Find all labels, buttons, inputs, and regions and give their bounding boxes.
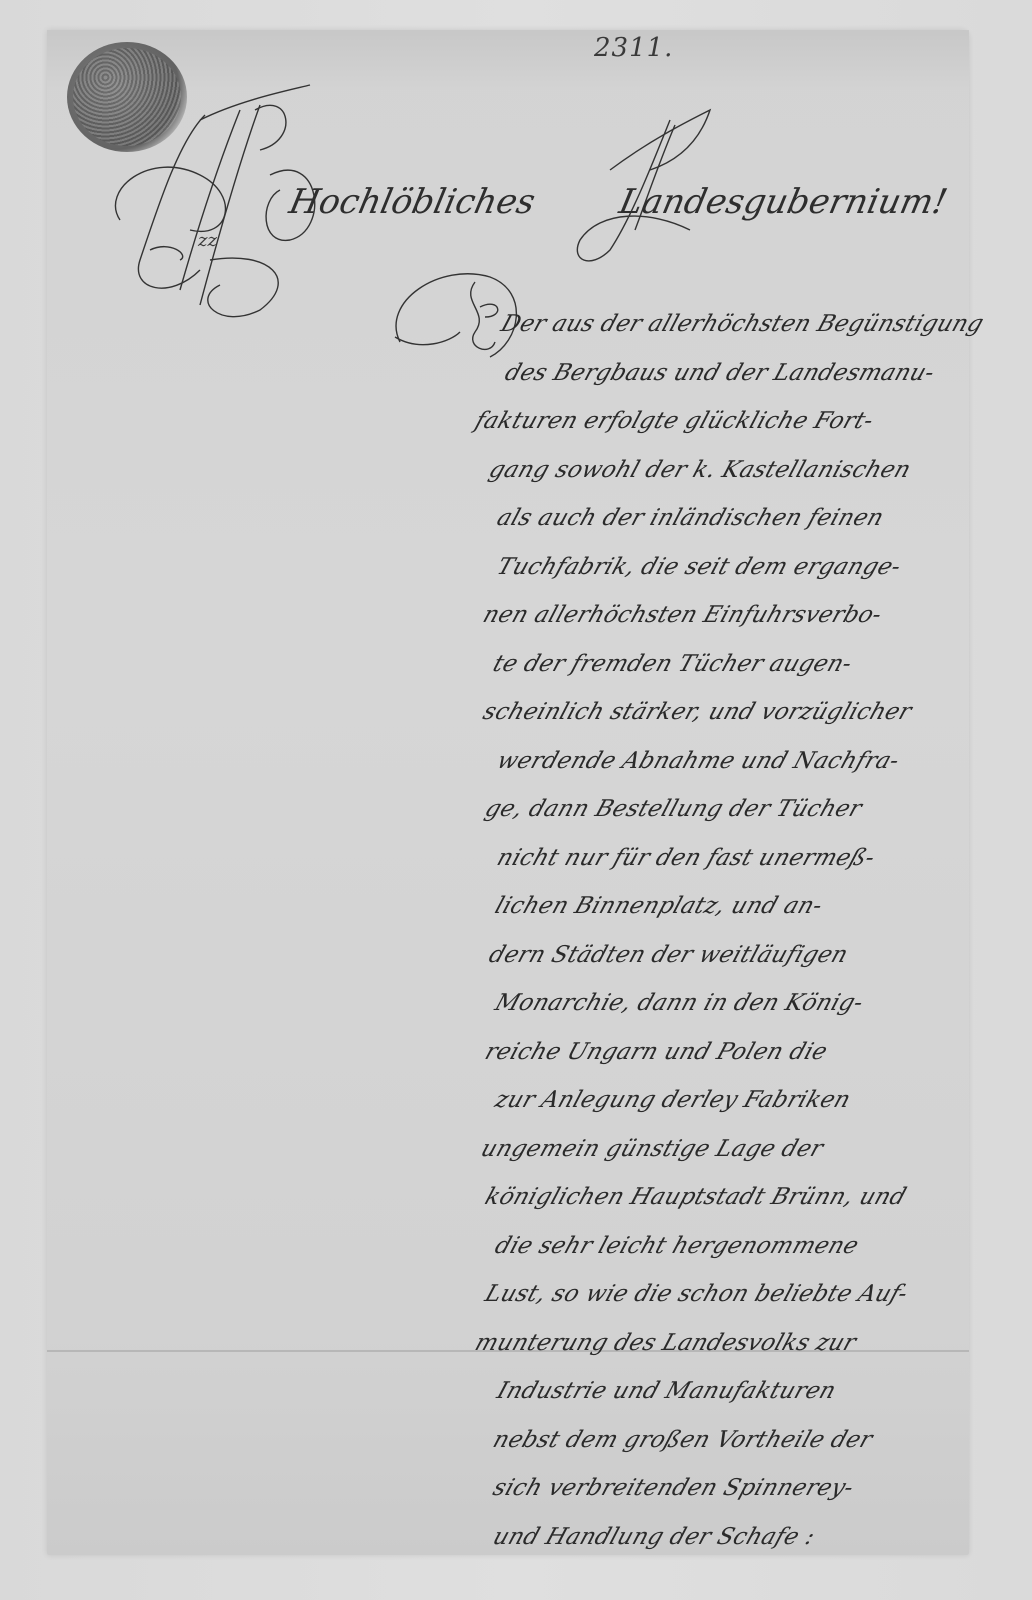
body-line: sich verbreitenden Spinnerey- (460, 1464, 996, 1513)
marginal-mark: zz (198, 230, 217, 251)
body-line: des Bergbaus und der Landesmanu- (460, 349, 996, 398)
body-line: ungemein günstige Lage der (460, 1125, 996, 1174)
body-line: lichen Binnenplatz, und an- (460, 882, 996, 931)
body-line: munterung des Landesvolks zur (460, 1319, 996, 1368)
body-line: ge, dann Bestellung der Tücher (460, 785, 996, 834)
body-line: die sehr leicht hergenommene (460, 1222, 996, 1271)
folio-number: 2311. (594, 33, 673, 63)
body-line: reiche Ungarn und Polen die (460, 1028, 996, 1077)
body-line: Der aus der allerhöchsten Begünstigung (460, 300, 996, 349)
body-line: nen allerhöchsten Einfuhrsverbo- (460, 591, 996, 640)
body-line: scheinlich stärker, und vorzüglicher (460, 688, 996, 737)
body-line: gang sowohl der k. Kastellanischen (460, 446, 996, 495)
letter-body: Der aus der allerhöchsten Begünstigung d… (460, 300, 980, 1561)
salutation-word-landesgubernium: Landesgubernium! (616, 182, 951, 222)
body-line: als auch der inländischen feinen (460, 494, 996, 543)
body-line: nebst dem großen Vortheile der (460, 1416, 996, 1465)
body-line: te der fremden Tücher augen- (460, 640, 996, 689)
body-line: Lust, so wie die schon beliebte Auf- (460, 1270, 996, 1319)
body-line: dern Städten der weitläufigen (460, 931, 996, 980)
body-line: Monarchie, dann in den König- (460, 979, 996, 1028)
body-line: werdende Abnahme und Nachfra- (460, 737, 996, 786)
body-line: fakturen erfolgte glückliche Fort- (460, 397, 996, 446)
body-line: nicht nur für den fast unermeß- (460, 834, 996, 883)
body-line: zur Anlegung derley Fabriken (460, 1076, 996, 1125)
body-line: und Handlung der Schafe : (460, 1513, 996, 1562)
body-line: Tuchfabrik, die seit dem ergange- (460, 543, 996, 592)
body-line: königlichen Hauptstadt Brünn, und (460, 1173, 996, 1222)
salutation-word-hochloebliches: Hochlöbliches (286, 182, 539, 222)
body-line: Industrie und Manufakturen (460, 1367, 996, 1416)
